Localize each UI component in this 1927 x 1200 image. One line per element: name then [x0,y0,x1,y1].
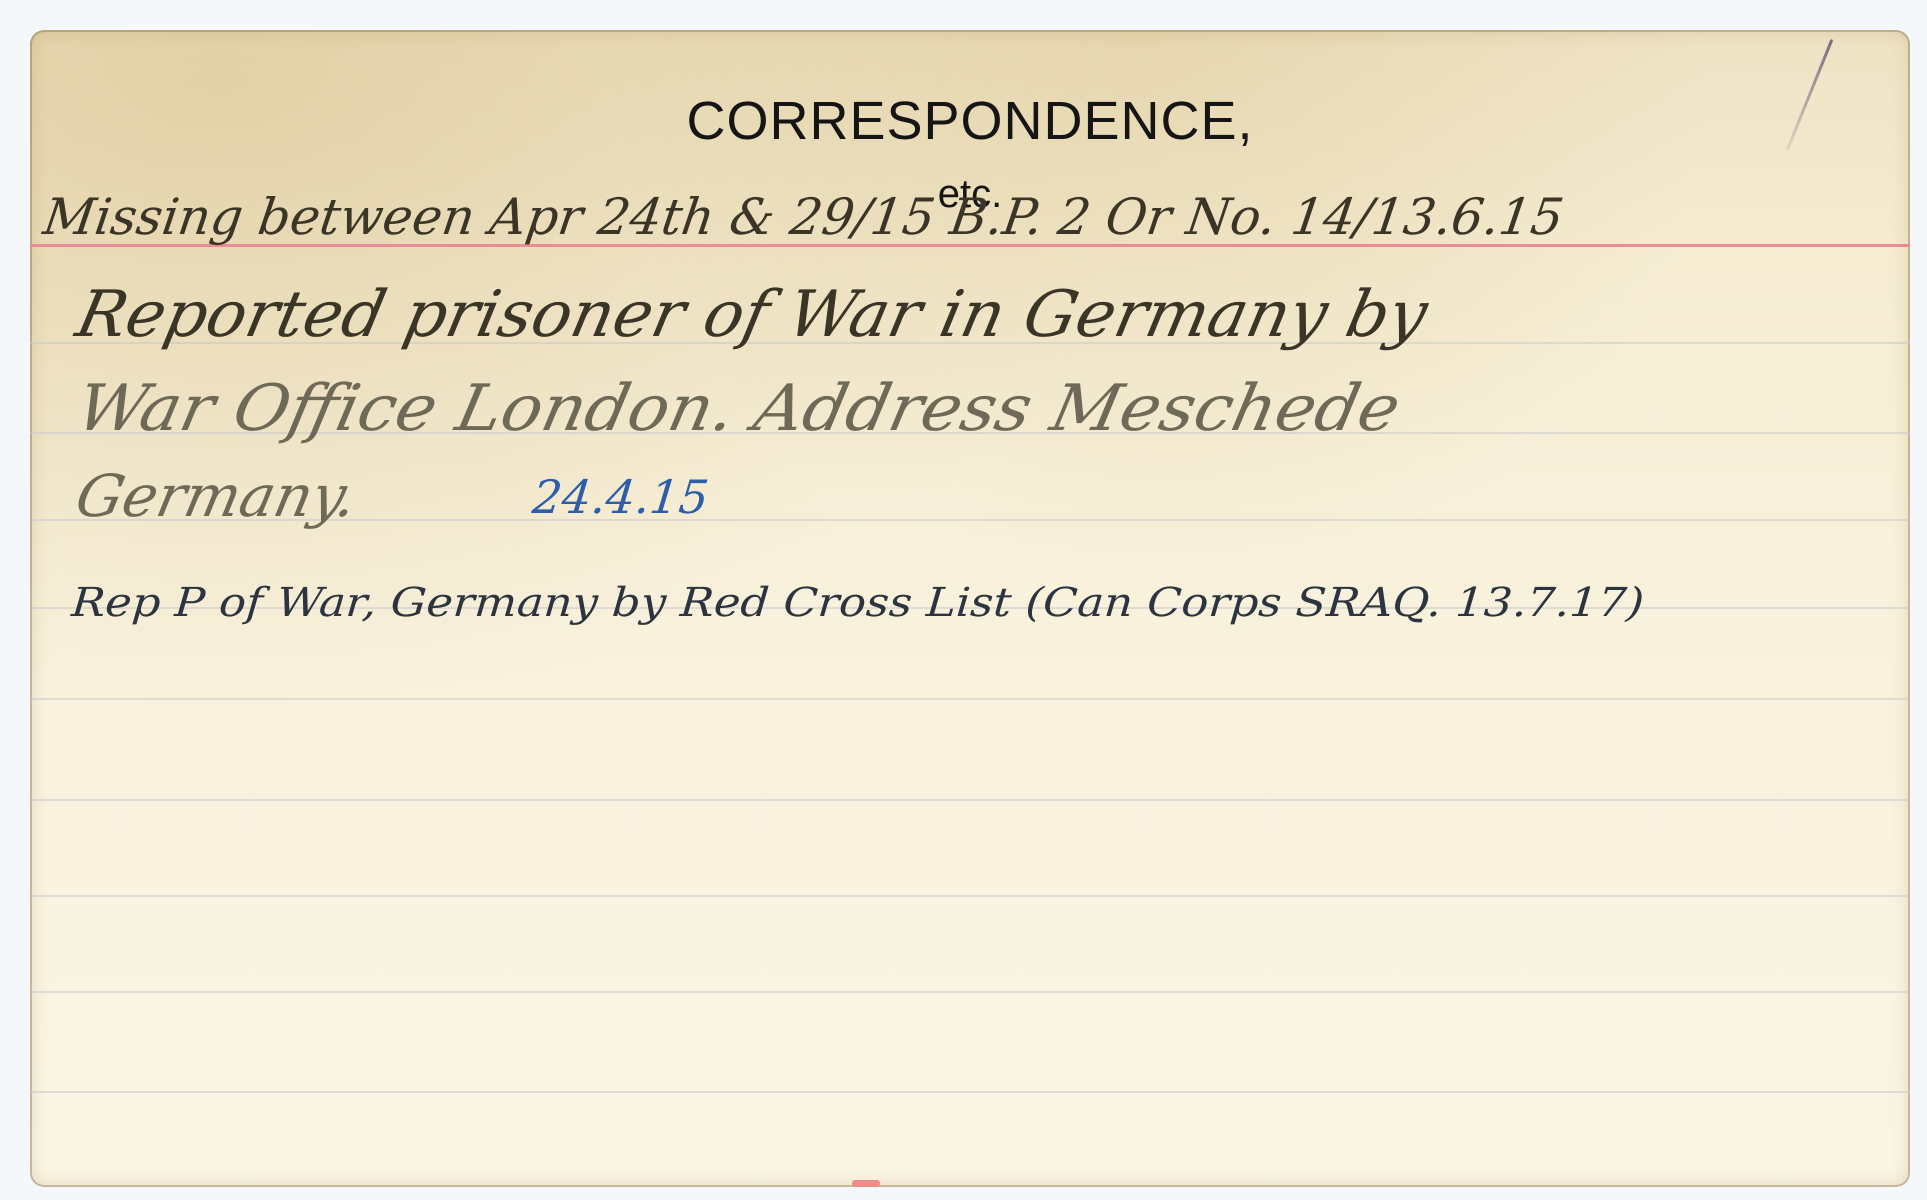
entry-missing-between: Missing between Apr 24th & 29/15 B.P. 2 … [40,188,1567,246]
ruled-line [30,895,1910,897]
red-tab-mark [852,1180,880,1187]
entry-war-office-address: War Office London. Address Meschede [70,372,1407,446]
correspondence-index-card: CORRESPONDENCE, etc. Missing between Apr… [30,30,1910,1187]
scanned-page: CORRESPONDENCE, etc. Missing between Apr… [0,0,1927,1200]
entry-date-stamp: 24.4.15 [530,470,711,524]
ruled-line [30,991,1910,993]
ruled-line [30,1091,1910,1093]
entry-red-cross-list: Rep P of War, Germany by Red Cross List … [70,580,1646,626]
entry-reported-prisoner: Reported prisoner of War in Germany by [70,278,1434,352]
card-header-title: CORRESPONDENCE, [30,90,1910,152]
entry-germany: Germany. [70,462,363,530]
ruled-line [30,698,1910,700]
ruled-line [30,799,1910,801]
